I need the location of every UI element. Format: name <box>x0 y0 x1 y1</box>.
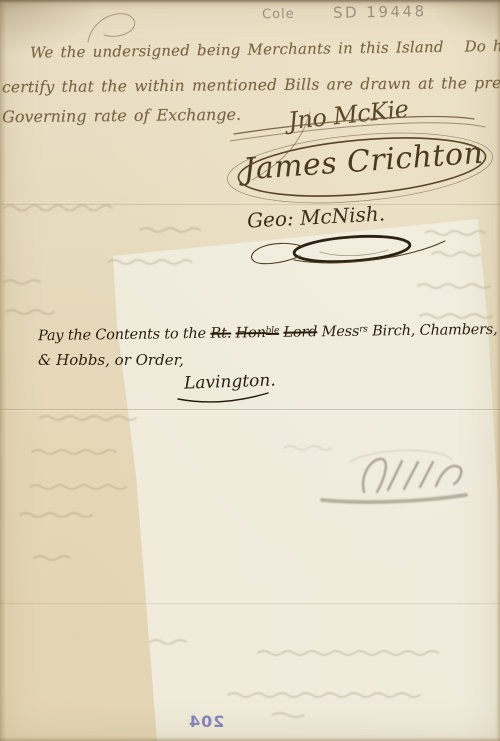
signature-geo-mcnish: Geo: McNish. <box>246 201 385 232</box>
certification-line-3: Governing rate of Exchange. <box>2 105 241 127</box>
page-edge-right <box>496 0 500 741</box>
struck-text-lord: Lord <box>283 324 317 340</box>
corner-shading <box>420 0 500 45</box>
signature-james-crichton: James Crichton <box>242 136 484 188</box>
struck-text-honble: Honble <box>236 325 280 342</box>
fold-crease <box>0 409 500 410</box>
endorsement-pre: Pay the Contents to the <box>38 326 211 344</box>
signature-lavington: Lavington. <box>184 370 276 393</box>
corner-shading <box>0 0 110 60</box>
endorsement-line-2: & Hobbs, or Order, <box>38 351 184 369</box>
payee-abbrev: Messrs <box>322 324 368 341</box>
fold-crease <box>0 603 500 604</box>
folio-number-stamp: 204 <box>188 712 224 731</box>
payee-names: Birch, Chambers, <box>368 322 498 340</box>
manuscript-page: Cole SD 19448 We the undersigned being M… <box>0 0 500 741</box>
signature-jno-mckie: Jno McKie <box>287 95 410 135</box>
page-edge-left <box>0 0 6 741</box>
page-edge-bottom <box>0 737 500 741</box>
struck-text-rt: Rt. <box>210 326 231 342</box>
fold-crease <box>0 204 500 205</box>
certification-line-2: certify that the within mentioned Bills … <box>2 74 500 97</box>
